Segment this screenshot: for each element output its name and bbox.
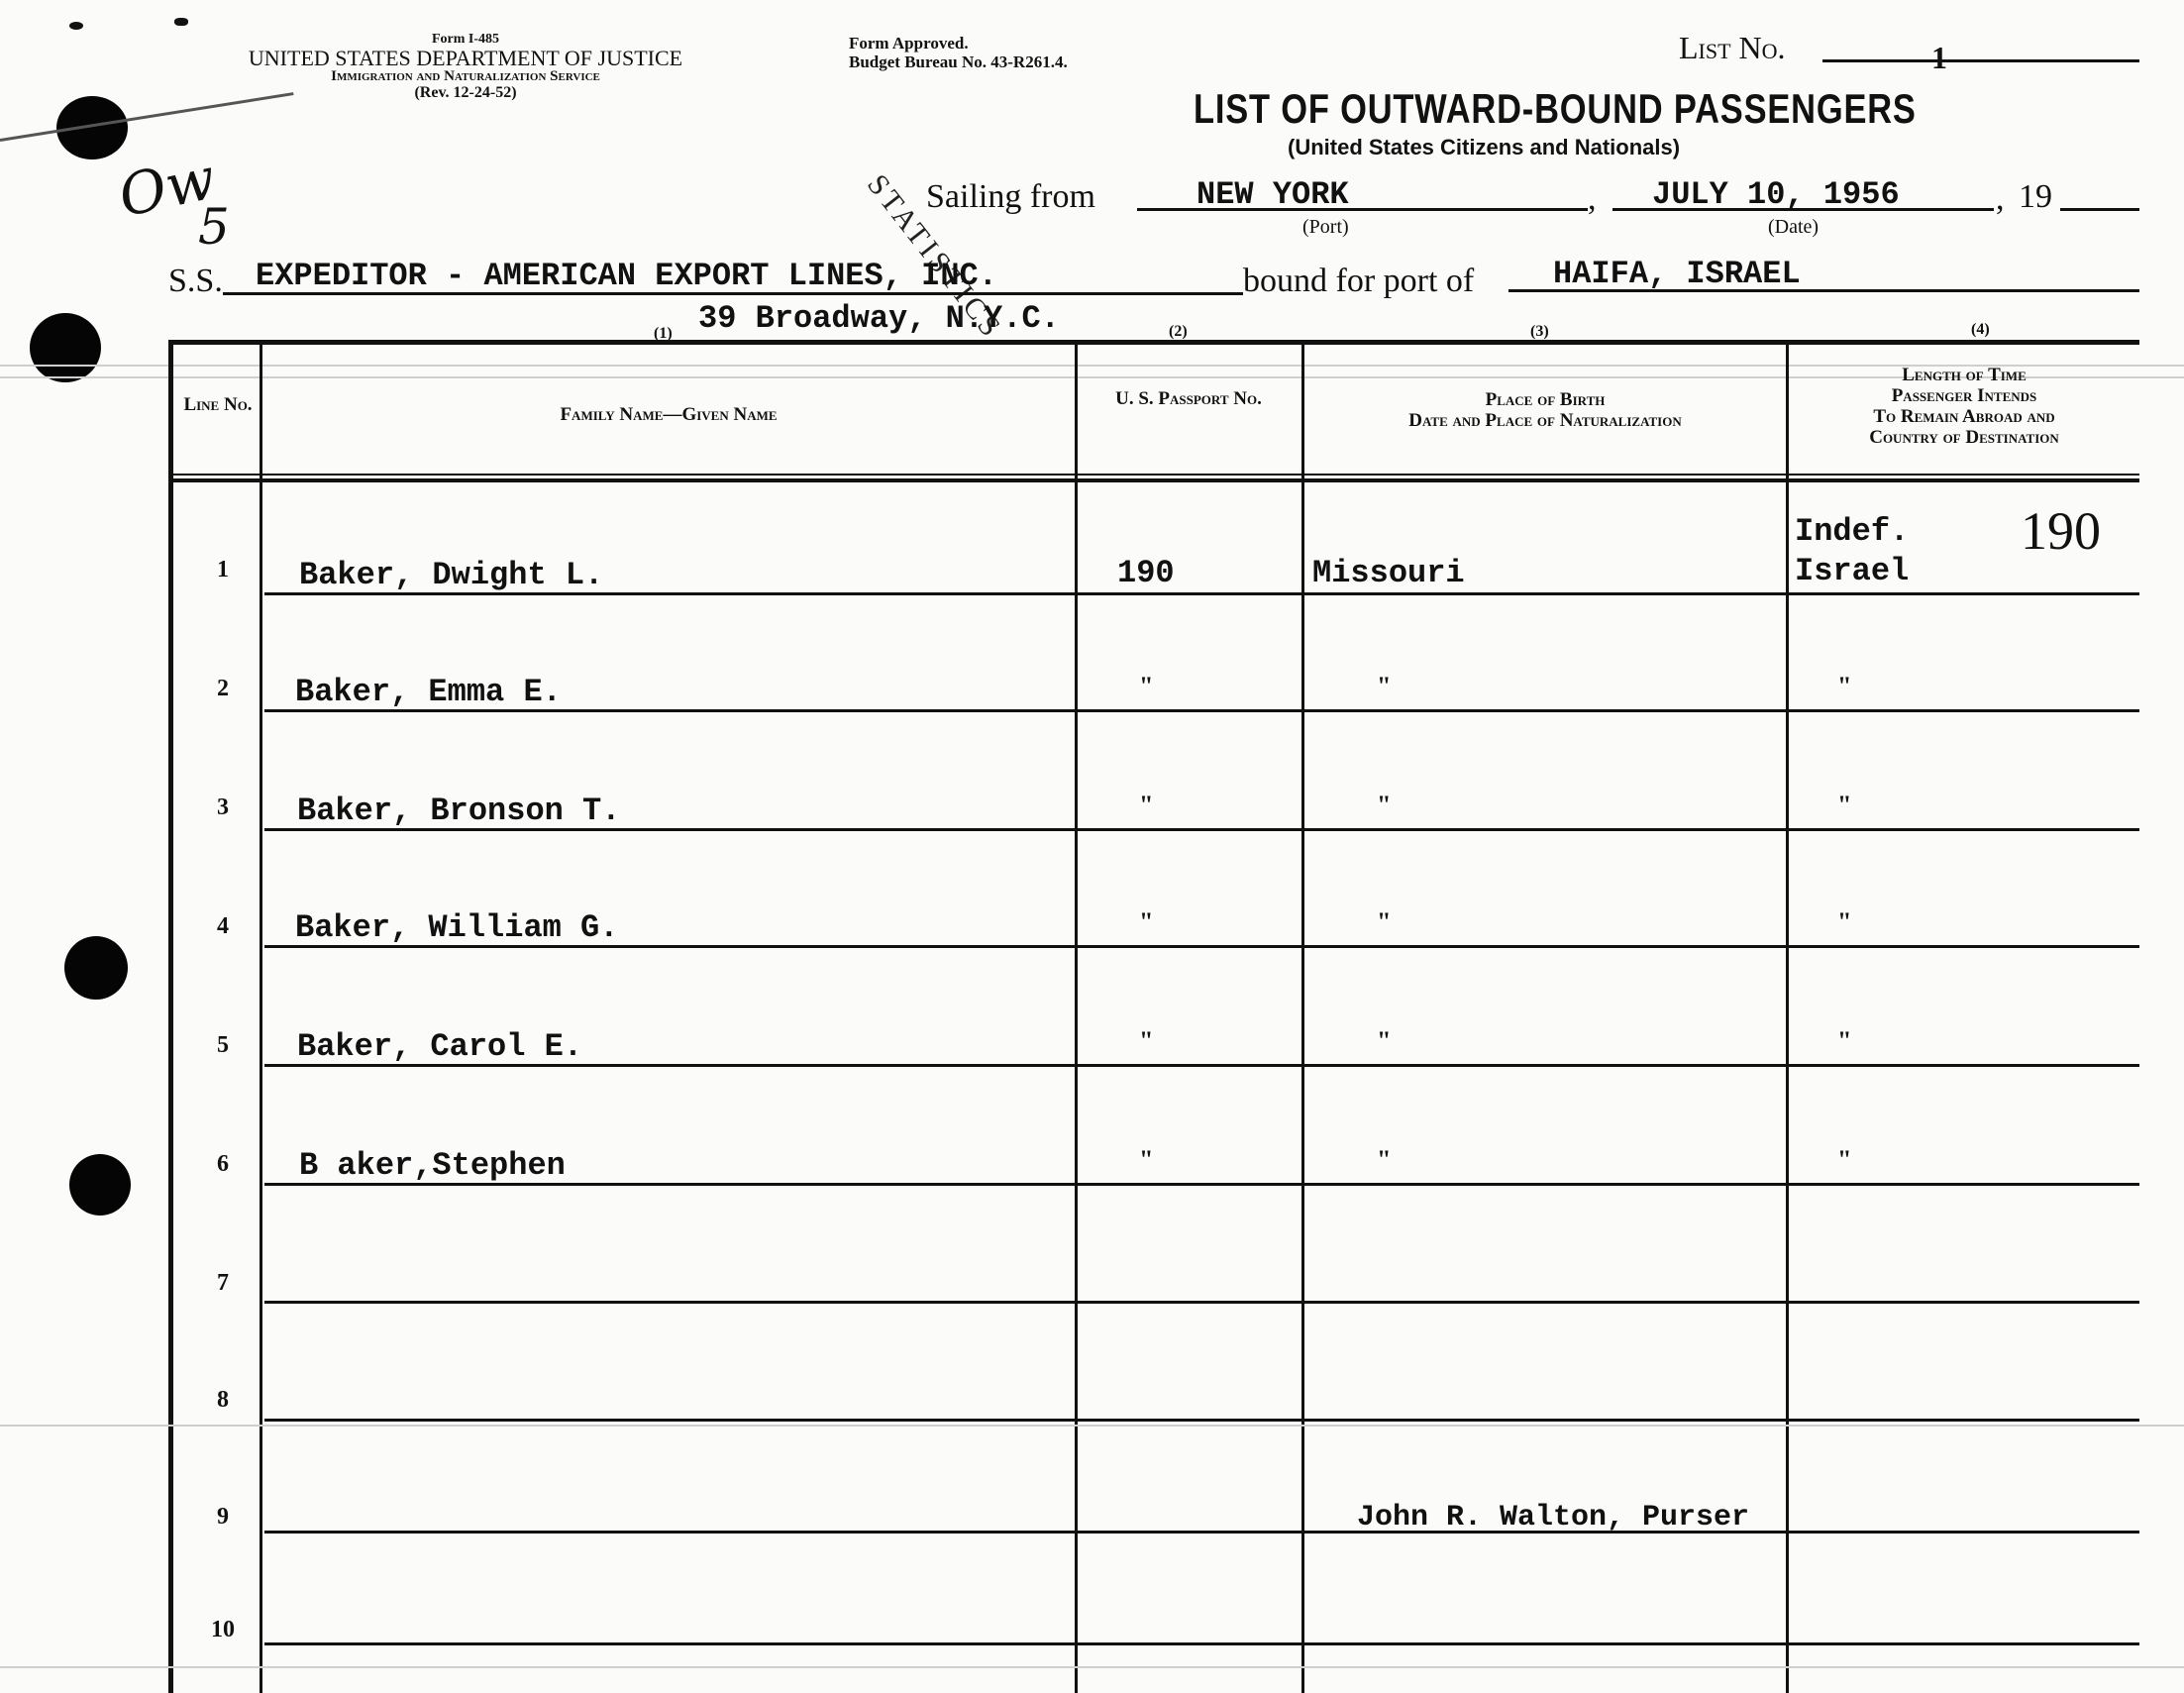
passport-ditto: "	[1139, 672, 1153, 701]
passenger-name: Baker, Emma E.	[295, 674, 562, 710]
header-length-line3: To Remain Abroad and	[1789, 406, 2139, 427]
vessel-name: EXPEDITOR - AMERICAN EXPORT LINES, INC.	[256, 258, 997, 294]
scan-line	[0, 1425, 2184, 1427]
row-underline	[264, 1531, 2139, 1534]
row-underline	[264, 1419, 2139, 1422]
punch-hole	[69, 1154, 131, 1216]
agency-header: Form I-485 UNITED STATES DEPARTMENT OF J…	[168, 32, 763, 102]
punch-hole	[64, 936, 128, 1000]
passenger-name: Baker, Bronson T.	[297, 793, 620, 829]
line-number: 1	[203, 557, 243, 583]
handwritten-note-number: 5	[198, 198, 230, 256]
column-divider-line-no	[260, 340, 262, 1693]
line-number: 5	[203, 1032, 243, 1059]
page-title: LIST OF OUTWARD-BOUND PASSENGERS	[1194, 85, 1917, 133]
line-number: 8	[203, 1387, 243, 1414]
column-number-4: (4)	[1971, 321, 1990, 339]
line-number: 9	[203, 1504, 243, 1531]
list-no-underline	[1822, 59, 2139, 62]
passport-number: 190	[1117, 555, 1175, 591]
birth-ditto: "	[1377, 672, 1391, 701]
birth-ditto: "	[1377, 791, 1391, 820]
ink-mark	[174, 18, 188, 26]
header-length-line4: Country of Destination	[1789, 427, 2139, 448]
table-top-border	[168, 340, 2139, 345]
department-name: UNITED STATES DEPARTMENT OF JUSTICE	[168, 48, 763, 69]
form-approval: Form Approved. Budget Bureau No. 43-R261…	[849, 34, 1068, 71]
header-birth: Place of Birth Date and Place of Natural…	[1304, 389, 1786, 431]
comma: ,	[1588, 180, 1597, 218]
column-divider-name	[1075, 340, 1078, 1693]
sailing-label: Sailing from	[926, 178, 1095, 216]
line-number: 7	[203, 1270, 243, 1297]
length-ditto: "	[1837, 791, 1851, 820]
header-birth-line1: Place of Birth	[1304, 389, 1786, 410]
passenger-name: B aker,Stephen	[299, 1147, 566, 1184]
budget-bureau-number: Budget Bureau No. 43-R261.4.	[849, 53, 1068, 71]
row-underline	[264, 1642, 2139, 1645]
length-of-stay: Indef.	[1795, 513, 1909, 550]
header-passport: U. S. Passport No.	[1099, 388, 1278, 409]
length-ditto: "	[1837, 907, 1851, 937]
approval-text: Form Approved.	[849, 34, 1068, 53]
ss-label: S.S.	[168, 263, 223, 300]
line-number: 6	[203, 1151, 243, 1178]
ink-mark	[69, 22, 83, 30]
place-of-birth: Missouri	[1312, 555, 1465, 591]
destination-country: Israel	[1795, 553, 1909, 589]
passenger-name: Baker, William G.	[295, 909, 618, 946]
form-revision: (Rev. 12-24-52)	[168, 84, 763, 102]
length-ditto: "	[1837, 1026, 1851, 1056]
length-ditto: "	[1837, 1145, 1851, 1175]
year-prefix: 19	[2019, 178, 2052, 216]
header-bottom-border-thick	[168, 478, 2139, 482]
vessel-address: 39 Broadway, N.Y.C.	[698, 300, 1060, 337]
column-divider-passport	[1301, 340, 1304, 1693]
list-no-label: List No.	[1679, 30, 1786, 66]
date-caption: (Date)	[1768, 216, 1819, 239]
table-left-border	[168, 340, 173, 1693]
passport-ditto: "	[1139, 1145, 1153, 1175]
header-line-no: Line No.	[176, 394, 260, 415]
header-length-line2: Passenger Intends	[1789, 385, 2139, 406]
header-name: Family Name—Given Name	[262, 404, 1075, 425]
column-number-3: (3)	[1530, 323, 1549, 341]
service-name: Immigration and Naturalization Service	[168, 69, 763, 84]
header-length-line1: Length of Time	[1789, 365, 2139, 385]
passenger-name: Baker, Carol E.	[297, 1028, 582, 1065]
scan-line	[0, 1666, 2184, 1668]
birth-ditto: "	[1377, 1026, 1391, 1056]
passport-ditto: "	[1139, 907, 1153, 937]
birth-ditto: "	[1377, 907, 1391, 937]
destination-port: HAIFA, ISRAEL	[1553, 256, 1801, 292]
sailing-date: JULY 10, 1956	[1652, 176, 1900, 213]
line-number: 2	[203, 676, 243, 702]
passport-ditto: "	[1139, 1026, 1153, 1056]
port-caption: (Port)	[1302, 216, 1349, 239]
line-number: 10	[203, 1617, 243, 1643]
header-length: Length of Time Passenger Intends To Rema…	[1789, 365, 2139, 448]
line-number: 4	[203, 913, 243, 940]
handwritten-annotation: 190	[2021, 500, 2101, 562]
line-number: 3	[203, 794, 243, 821]
birth-ditto: "	[1377, 1145, 1391, 1175]
column-number-2: (2)	[1169, 323, 1188, 341]
column-divider-birth	[1786, 340, 1789, 1693]
header-birth-line2: Date and Place of Naturalization	[1304, 410, 1786, 431]
sailing-port: NEW YORK	[1196, 176, 1349, 213]
header-bottom-border	[168, 474, 2139, 476]
bound-label: bound for port of	[1243, 263, 1474, 300]
punch-hole	[30, 313, 101, 382]
year-underline	[2060, 208, 2139, 211]
list-no-value: 1	[1931, 40, 1947, 76]
comma: ,	[1996, 180, 2005, 218]
length-ditto: "	[1837, 672, 1851, 701]
purser-signature: John R. Walton, Purser	[1357, 1501, 1749, 1534]
passport-ditto: "	[1139, 791, 1153, 820]
passenger-name: Baker, Dwight L.	[299, 557, 603, 593]
row-underline	[264, 1301, 2139, 1304]
page-subtitle: (United States Citizens and Nationals)	[1288, 135, 1680, 160]
